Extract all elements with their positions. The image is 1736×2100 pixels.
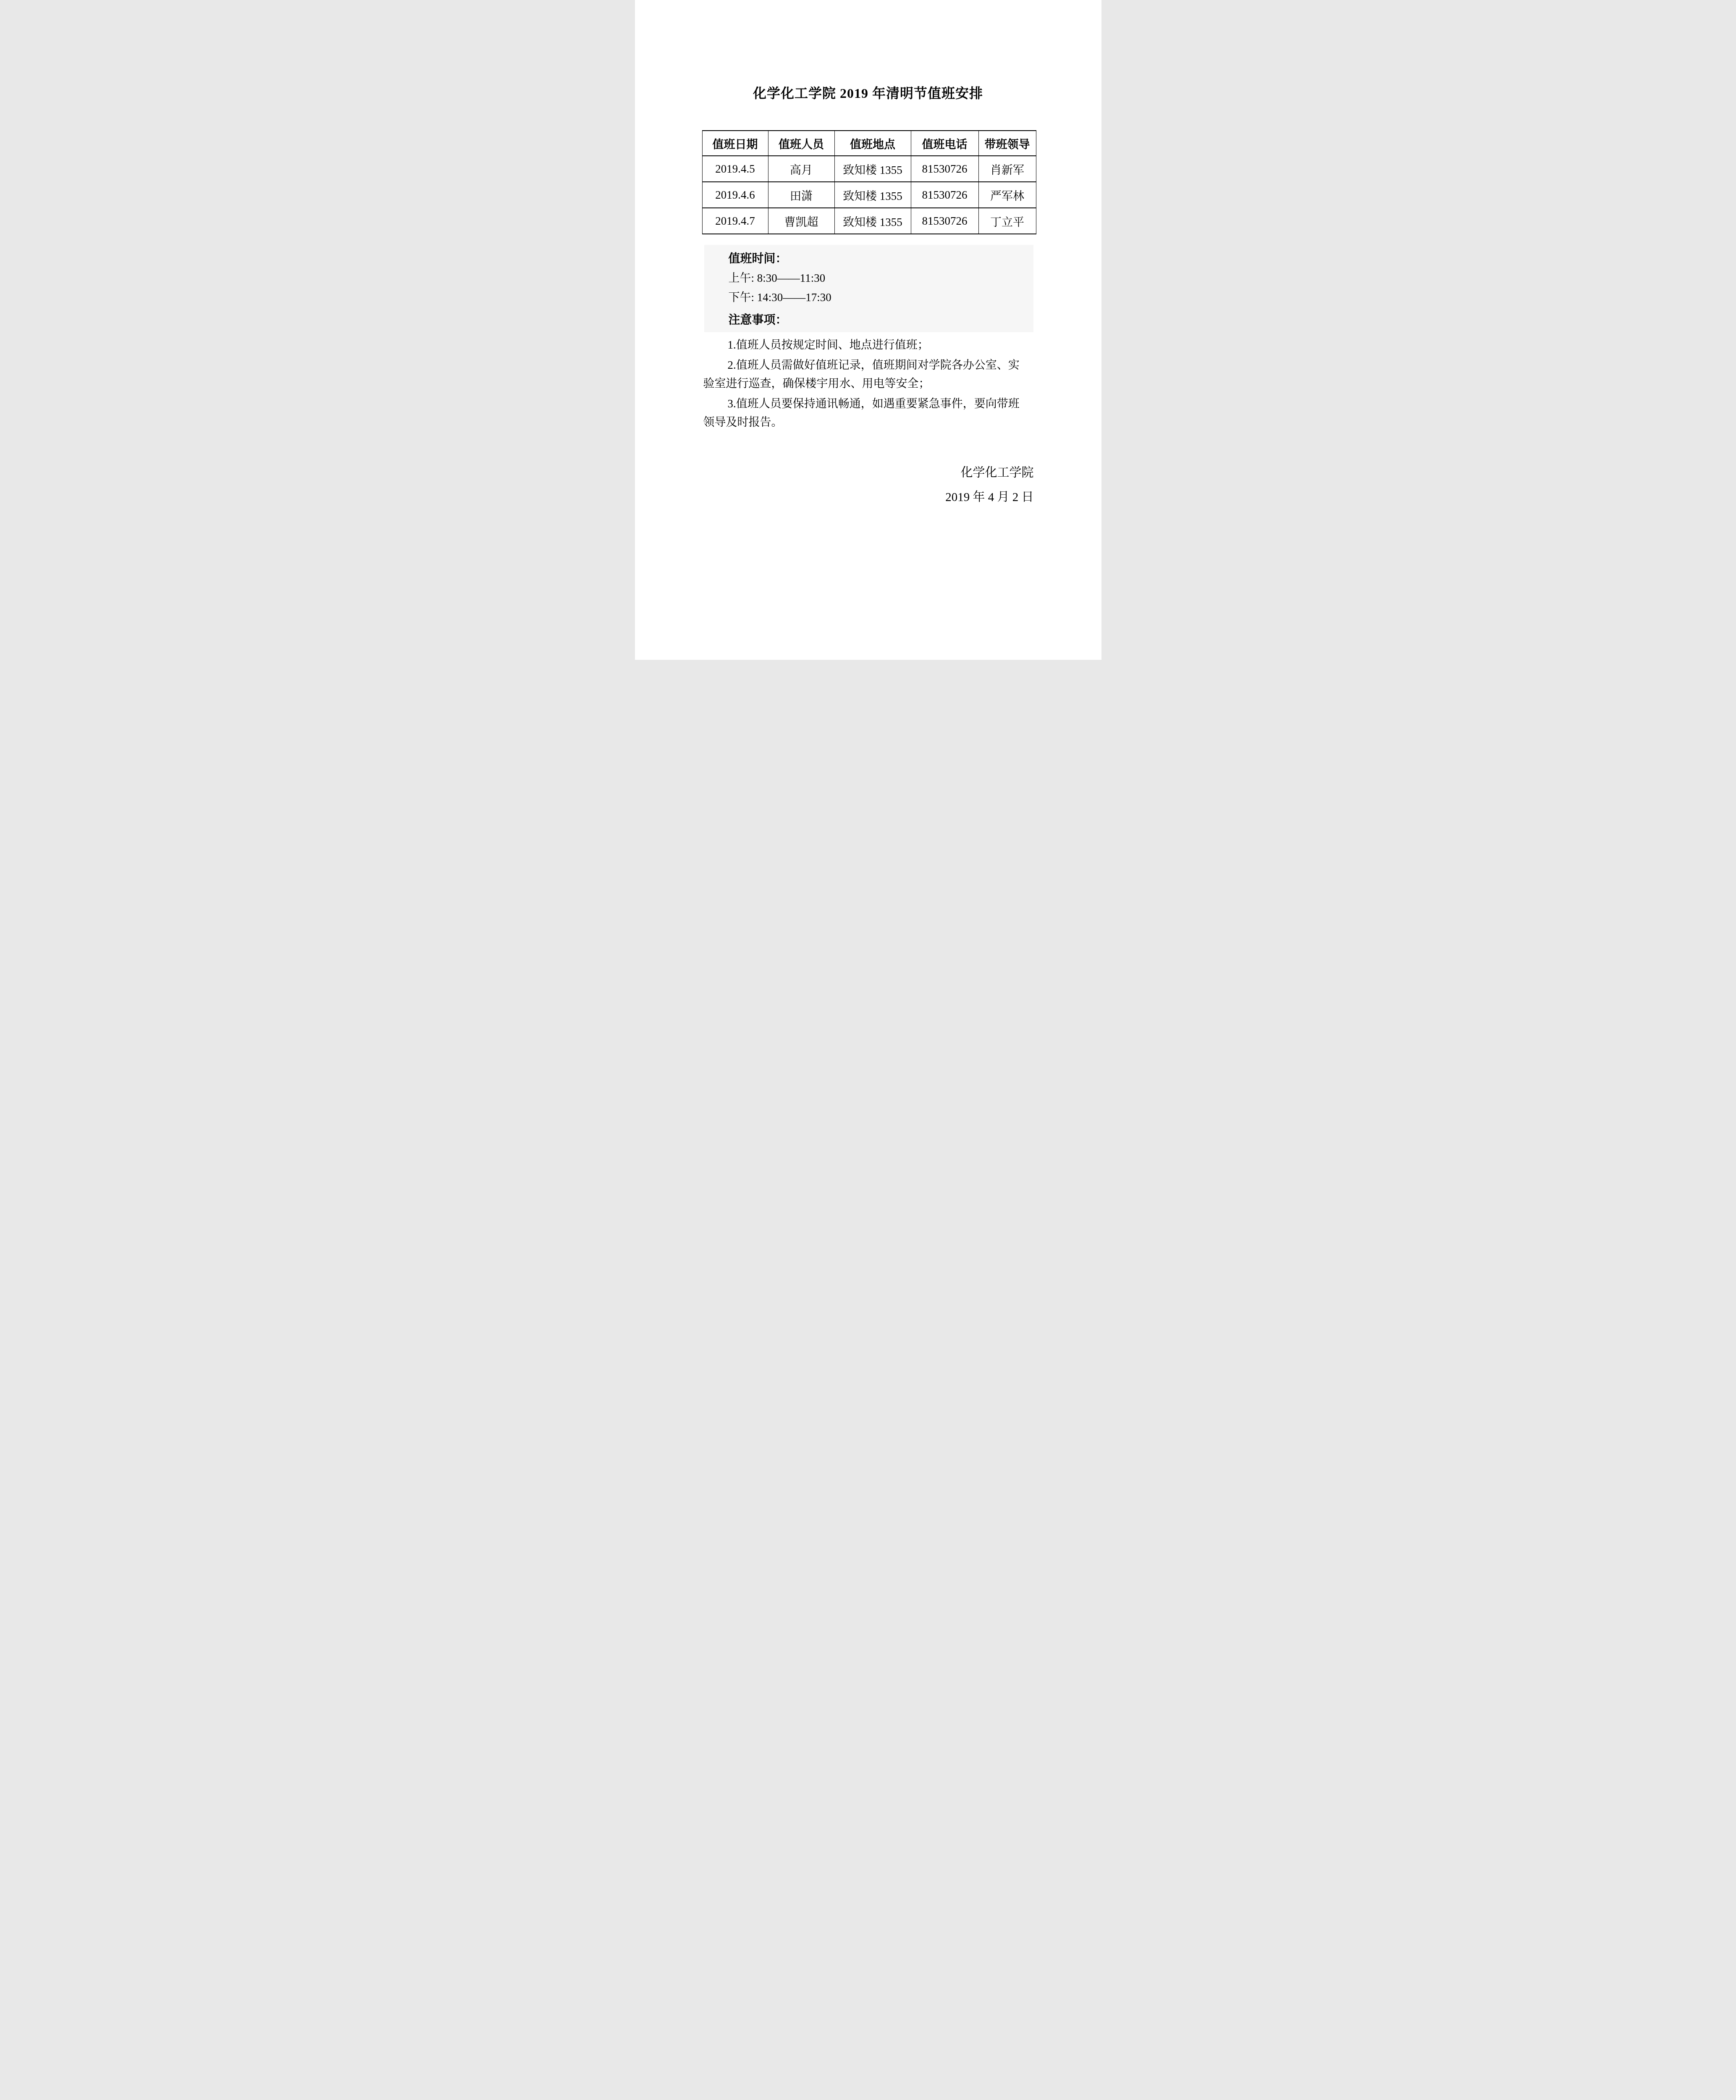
header-duty-phone: 值班电话 <box>911 131 978 156</box>
table-cell-leader: 严军林 <box>978 182 1036 208</box>
table-cell-phone: 81530726 <box>911 156 978 182</box>
header-duty-place: 值班地点 <box>834 131 911 156</box>
note-line: 领导及时报告。 <box>703 413 1034 431</box>
table-row: 2019.4.7 曹凯超 致知楼 1355 81530726 丁立平 <box>702 208 1036 234</box>
duty-schedule-table: 值班日期 值班人员 值班地点 值班电话 带班领导 2019.4.5 高月 致知楼… <box>702 130 1036 234</box>
document-title: 化学化工学院 2019 年清明节值班安排 <box>635 0 1101 102</box>
table-cell-leader: 肖新军 <box>978 156 1036 182</box>
morning-time-line: 上午: 8:30——11:30 <box>704 268 1033 288</box>
notes-heading: 注意事项： <box>704 310 1033 330</box>
table-cell-leader: 丁立平 <box>978 208 1036 234</box>
signature-date: 2019 年 4 月 2 日 <box>703 488 1034 507</box>
table-cell-person: 曹凯超 <box>768 208 834 234</box>
table-cell-place: 致知楼 1355 <box>834 156 911 182</box>
note-line: 1.值班人员按规定时间、地点进行值班； <box>703 336 1034 354</box>
header-duty-date: 值班日期 <box>702 131 768 156</box>
note-line: 2.值班人员需做好值班记录，值班期间对学院各办公室、实 <box>703 356 1034 374</box>
table-cell-phone: 81530726 <box>911 182 978 208</box>
table-cell-phone: 81530726 <box>911 208 978 234</box>
note-line: 3.值班人员要保持通讯畅通，如遇重要紧急事件，要向带班 <box>703 394 1034 413</box>
note-item-1: 1.值班人员按规定时间、地点进行值班； <box>703 336 1034 354</box>
document-page: 化学化工学院 2019 年清明节值班安排 值班日期 值班人员 值班地点 值班电话… <box>635 0 1101 660</box>
note-line: 验室进行巡查，确保楼宇用水、用电等安全； <box>703 374 1034 393</box>
table-cell-person: 高月 <box>768 156 834 182</box>
table-row: 2019.4.6 田潇 致知楼 1355 81530726 严军林 <box>702 182 1036 208</box>
signature-org: 化学化工学院 <box>703 464 1034 482</box>
table-cell-date: 2019.4.5 <box>702 156 768 182</box>
duty-time-heading: 值班时间： <box>704 249 1033 268</box>
table-header-row: 值班日期 值班人员 值班地点 值班电话 带班领导 <box>702 131 1036 156</box>
note-item-3: 3.值班人员要保持通讯畅通，如遇重要紧急事件，要向带班 领导及时报告。 <box>703 394 1034 431</box>
table-cell-place: 致知楼 1355 <box>834 182 911 208</box>
header-duty-person: 值班人员 <box>768 131 834 156</box>
table-cell-date: 2019.4.7 <box>702 208 768 234</box>
table-cell-place: 致知楼 1355 <box>834 208 911 234</box>
afternoon-time-line: 下午: 14:30——17:30 <box>704 288 1033 307</box>
table-cell-date: 2019.4.6 <box>702 182 768 208</box>
table-cell-person: 田潇 <box>768 182 834 208</box>
notes-section: 1.值班人员按规定时间、地点进行值班； 2.值班人员需做好值班记录，值班期间对学… <box>703 336 1034 431</box>
header-duty-leader: 带班领导 <box>978 131 1036 156</box>
shaded-section: 值班时间： 上午: 8:30——11:30 下午: 14:30——17:30 注… <box>704 245 1033 332</box>
note-item-2: 2.值班人员需做好值班记录，值班期间对学院各办公室、实 验室进行巡查，确保楼宇用… <box>703 356 1034 393</box>
table-row: 2019.4.5 高月 致知楼 1355 81530726 肖新军 <box>702 156 1036 182</box>
